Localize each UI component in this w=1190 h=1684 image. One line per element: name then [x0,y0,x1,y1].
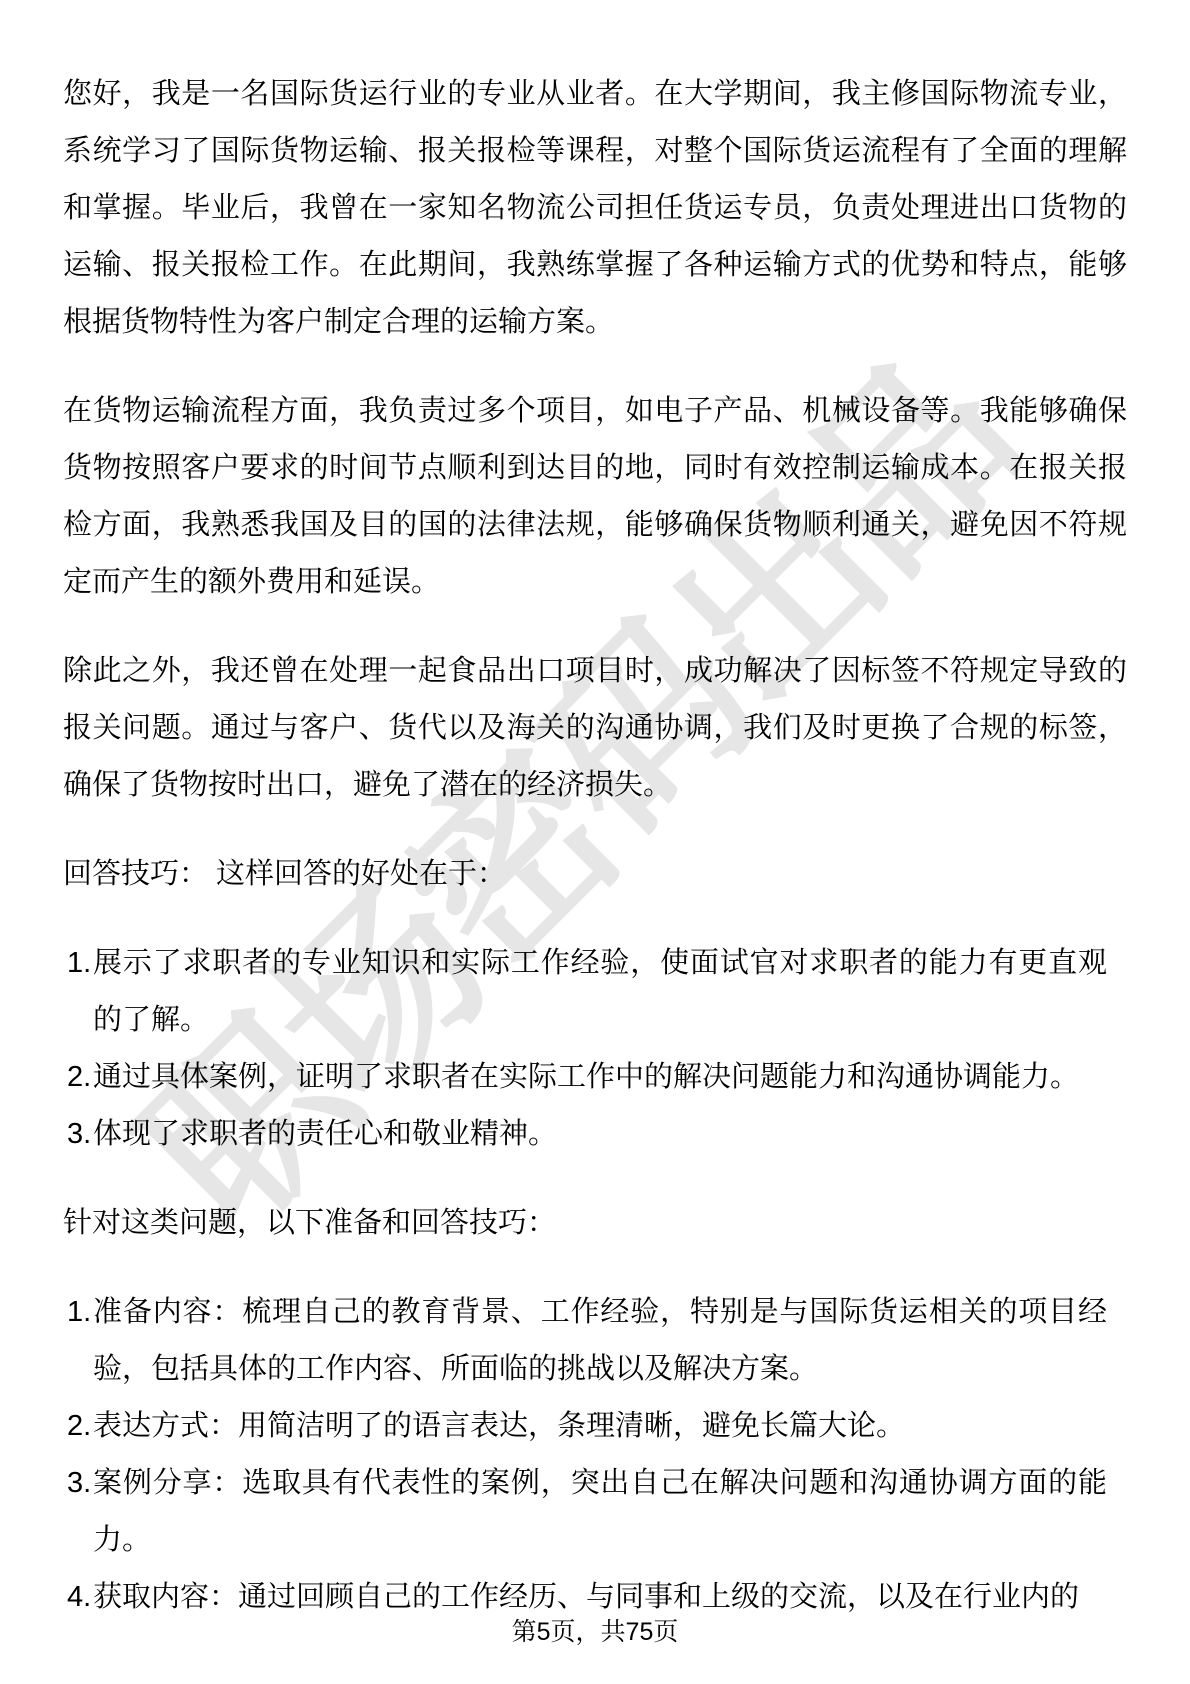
prep-heading: 针对这类问题，以下准备和回答技巧： [63,1195,1127,1252]
benefits-list-item-3: 体现了求职者的责任心和敬业精神。 [63,1106,1127,1163]
document-page: 您好，我是一名国际货运行业的专业从业者。在大学期间，我主修国际物流专业，系统学习… [0,0,1190,1626]
benefits-list-item-2: 通过具体案例，证明了求职者在实际工作中的解决问题能力和沟通协调能力。 [63,1049,1127,1106]
prep-list-item-3: 案例分享：选取具有代表性的案例，突出自己在解决问题和沟通协调方面的能力。 [63,1455,1127,1569]
benefits-list-item-1: 展示了求职者的专业知识和实际工作经验，使面试官对求职者的能力有更直观的了解。 [63,935,1127,1049]
prep-list-item-2: 表达方式：用简洁明了的语言表达，条理清晰，避免长篇大论。 [63,1398,1127,1455]
prep-list-item-1: 准备内容：梳理自己的教育背景、工作经验，特别是与国际货运相关的项目经验，包括具体… [63,1284,1127,1398]
paragraph-intro: 您好，我是一名国际货运行业的专业从业者。在大学期间，我主修国际物流专业，系统学习… [63,66,1127,351]
paragraph-experience: 在货物运输流程方面，我负责过多个项目，如电子产品、机械设备等。我能够确保货物按照… [63,383,1127,611]
prep-list: 准备内容：梳理自己的教育背景、工作经验，特别是与国际货运相关的项目经验，包括具体… [63,1284,1127,1626]
paragraph-case-study: 除此之外，我还曾在处理一起食品出口项目时，成功解决了因标签不符规定导致的报关问题… [63,643,1127,814]
page-number: 第5页，共75页 [0,1616,1190,1648]
benefits-list: 展示了求职者的专业知识和实际工作经验，使面试官对求职者的能力有更直观的了解。 通… [63,935,1127,1163]
tips-heading: 回答技巧： 这样回答的好处在于： [63,846,1127,903]
